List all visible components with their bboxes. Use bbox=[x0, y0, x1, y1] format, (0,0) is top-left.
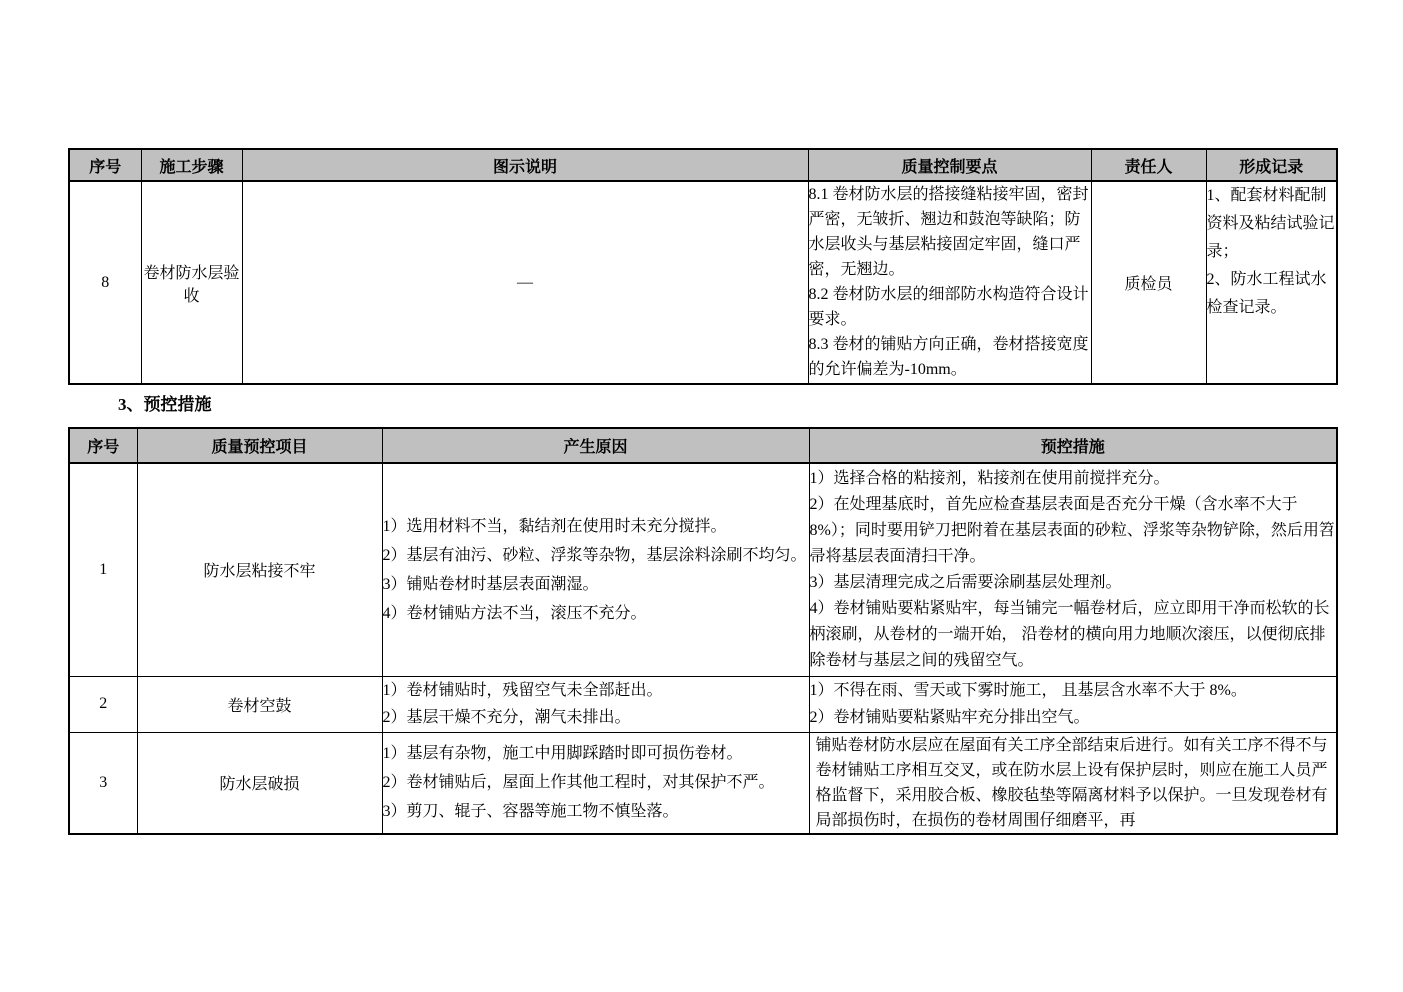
cause-item: 3）剪刀、辊子、容器等施工物不慎坠落。 bbox=[383, 797, 809, 826]
table2-header-measures: 预控措施 bbox=[809, 428, 1337, 463]
cause-item: 1）基层有杂物，施工中用脚踩踏时即可损伤卷材。 bbox=[383, 739, 809, 768]
table1-header-no: 序号 bbox=[69, 149, 141, 181]
table2-header-item: 质量预控项目 bbox=[137, 428, 382, 463]
row-no: 3 bbox=[69, 732, 137, 834]
preventive-measures-table: 序号 质量预控项目 产生原因 预控措施 1 防水层粘接不牢 1）选用材料不当，黏… bbox=[68, 427, 1338, 835]
table1-header-row: 序号 施工步骤 图示说明 质量控制要点 责任人 形成记录 bbox=[69, 149, 1337, 181]
table1-row-step: 卷材防水层验收 bbox=[141, 181, 242, 384]
table1-row-8: 8 卷材防水层验收 — 8.1 卷材防水层的搭接缝粘接牢固，密封严密，无皱折、翘… bbox=[69, 181, 1337, 384]
row-causes: 1）卷材铺贴时，残留空气未全部赶出。 2）基层干燥不充分，潮气未排出。 bbox=[382, 676, 809, 732]
row-measures: 1）不得在雨、雪天或下雾时施工， 且基层含水率不大于 8%。 2）卷材铺贴要粘紧… bbox=[809, 676, 1337, 732]
table1-header-records: 形成记录 bbox=[1206, 149, 1337, 181]
row-item: 卷材空鼓 bbox=[137, 676, 382, 732]
measure-item: 2）在处理基底时，首先应检查基层表面是否充分干燥（含水率不大于 8%）；同时要用… bbox=[810, 492, 1337, 570]
section-title: 3、预控措施 bbox=[118, 395, 212, 415]
cause-item: 3）铺贴卷材时基层表面潮湿。 bbox=[383, 570, 809, 599]
row-causes: 1）选用材料不当，黏结剂在使用时未充分搅拌。 2）基层有油污、砂粒、浮浆等杂物，… bbox=[382, 463, 809, 676]
table1-row-illustration: — bbox=[242, 181, 808, 384]
table2-row-1: 1 防水层粘接不牢 1）选用材料不当，黏结剂在使用时未充分搅拌。 2）基层有油污… bbox=[69, 463, 1337, 676]
measure-item: 2）卷材铺贴要粘紧贴牢充分排出空气。 bbox=[810, 704, 1337, 731]
cause-item: 4）卷材铺贴方法不当，滚压不充分。 bbox=[383, 599, 809, 628]
construction-steps-table: 序号 施工步骤 图示说明 质量控制要点 责任人 形成记录 8 卷材防水层验收 —… bbox=[68, 148, 1338, 385]
table1-row-responsible: 质检员 bbox=[1091, 181, 1206, 384]
table1-header-illustration: 图示说明 bbox=[242, 149, 808, 181]
table1-header-responsible: 责任人 bbox=[1091, 149, 1206, 181]
cause-item: 2）卷材铺贴后，屋面上作其他工程时，对其保护不严。 bbox=[383, 768, 809, 797]
cause-item: 2）基层有油污、砂粒、浮浆等杂物，基层涂料涂刷不均匀。 bbox=[383, 541, 809, 570]
table1-header-step: 施工步骤 bbox=[141, 149, 242, 181]
measure-item: 4）卷材铺贴要粘紧贴牢，每当铺完一幅卷材后，应立即用干净而松软的长柄滚刷，从卷材… bbox=[810, 596, 1337, 674]
row-no: 1 bbox=[69, 463, 137, 676]
measure-item: 铺贴卷材防水层应在屋面有关工序全部结束后进行。如有关工序不得不与卷材铺贴工序相互… bbox=[816, 733, 1331, 833]
cause-item: 1）卷材铺贴时，残留空气未全部赶出。 bbox=[383, 677, 809, 704]
table2-header-causes: 产生原因 bbox=[382, 428, 809, 463]
measure-item: 1）不得在雨、雪天或下雾时施工， 且基层含水率不大于 8%。 bbox=[810, 677, 1337, 704]
row-causes: 1）基层有杂物，施工中用脚踩踏时即可损伤卷材。 2）卷材铺贴后，屋面上作其他工程… bbox=[382, 732, 809, 834]
table2-header-no: 序号 bbox=[69, 428, 137, 463]
quality-point: 8.2 卷材防水层的细部防水构造符合设计要求。 bbox=[809, 282, 1091, 332]
cause-item: 2）基层干燥不充分，潮气未排出。 bbox=[383, 704, 809, 731]
table2-header-row: 序号 质量预控项目 产生原因 预控措施 bbox=[69, 428, 1337, 463]
cause-item: 1）选用材料不当，黏结剂在使用时未充分搅拌。 bbox=[383, 512, 809, 541]
table2-row-3: 3 防水层破损 1）基层有杂物，施工中用脚踩踏时即可损伤卷材。 2）卷材铺贴后，… bbox=[69, 732, 1337, 834]
table1-row-records: 1、配套材料配制资料及粘结试验记录； 2、防水工程试水检查记录。 bbox=[1206, 181, 1337, 384]
row-measures: 铺贴卷材防水层应在屋面有关工序全部结束后进行。如有关工序不得不与卷材铺贴工序相互… bbox=[809, 732, 1337, 834]
table2-row-2: 2 卷材空鼓 1）卷材铺贴时，残留空气未全部赶出。 2）基层干燥不充分，潮气未排… bbox=[69, 676, 1337, 732]
table1-row-no: 8 bbox=[69, 181, 141, 384]
record-item: 1、配套材料配制资料及粘结试验记录； bbox=[1207, 182, 1337, 266]
measure-item: 3）基层清理完成之后需要涂刷基层处理剂。 bbox=[810, 570, 1337, 596]
table1-header-quality-points: 质量控制要点 bbox=[808, 149, 1091, 181]
quality-point: 8.3 卷材的铺贴方向正确，卷材搭接宽度的允许偏差为-10mm。 bbox=[809, 332, 1091, 382]
row-item: 防水层粘接不牢 bbox=[137, 463, 382, 676]
measure-item: 1）选择合格的粘接剂，粘接剂在使用前搅拌充分。 bbox=[810, 466, 1337, 492]
row-item: 防水层破损 bbox=[137, 732, 382, 834]
record-item: 2、防水工程试水检查记录。 bbox=[1207, 266, 1337, 322]
table1-row-quality-points: 8.1 卷材防水层的搭接缝粘接牢固，密封严密，无皱折、翘边和鼓泡等缺陷；防水层收… bbox=[808, 181, 1091, 384]
quality-point: 8.1 卷材防水层的搭接缝粘接牢固，密封严密，无皱折、翘边和鼓泡等缺陷；防水层收… bbox=[809, 182, 1091, 282]
row-measures: 1）选择合格的粘接剂，粘接剂在使用前搅拌充分。 2）在处理基底时，首先应检查基层… bbox=[809, 463, 1337, 676]
row-no: 2 bbox=[69, 676, 137, 732]
